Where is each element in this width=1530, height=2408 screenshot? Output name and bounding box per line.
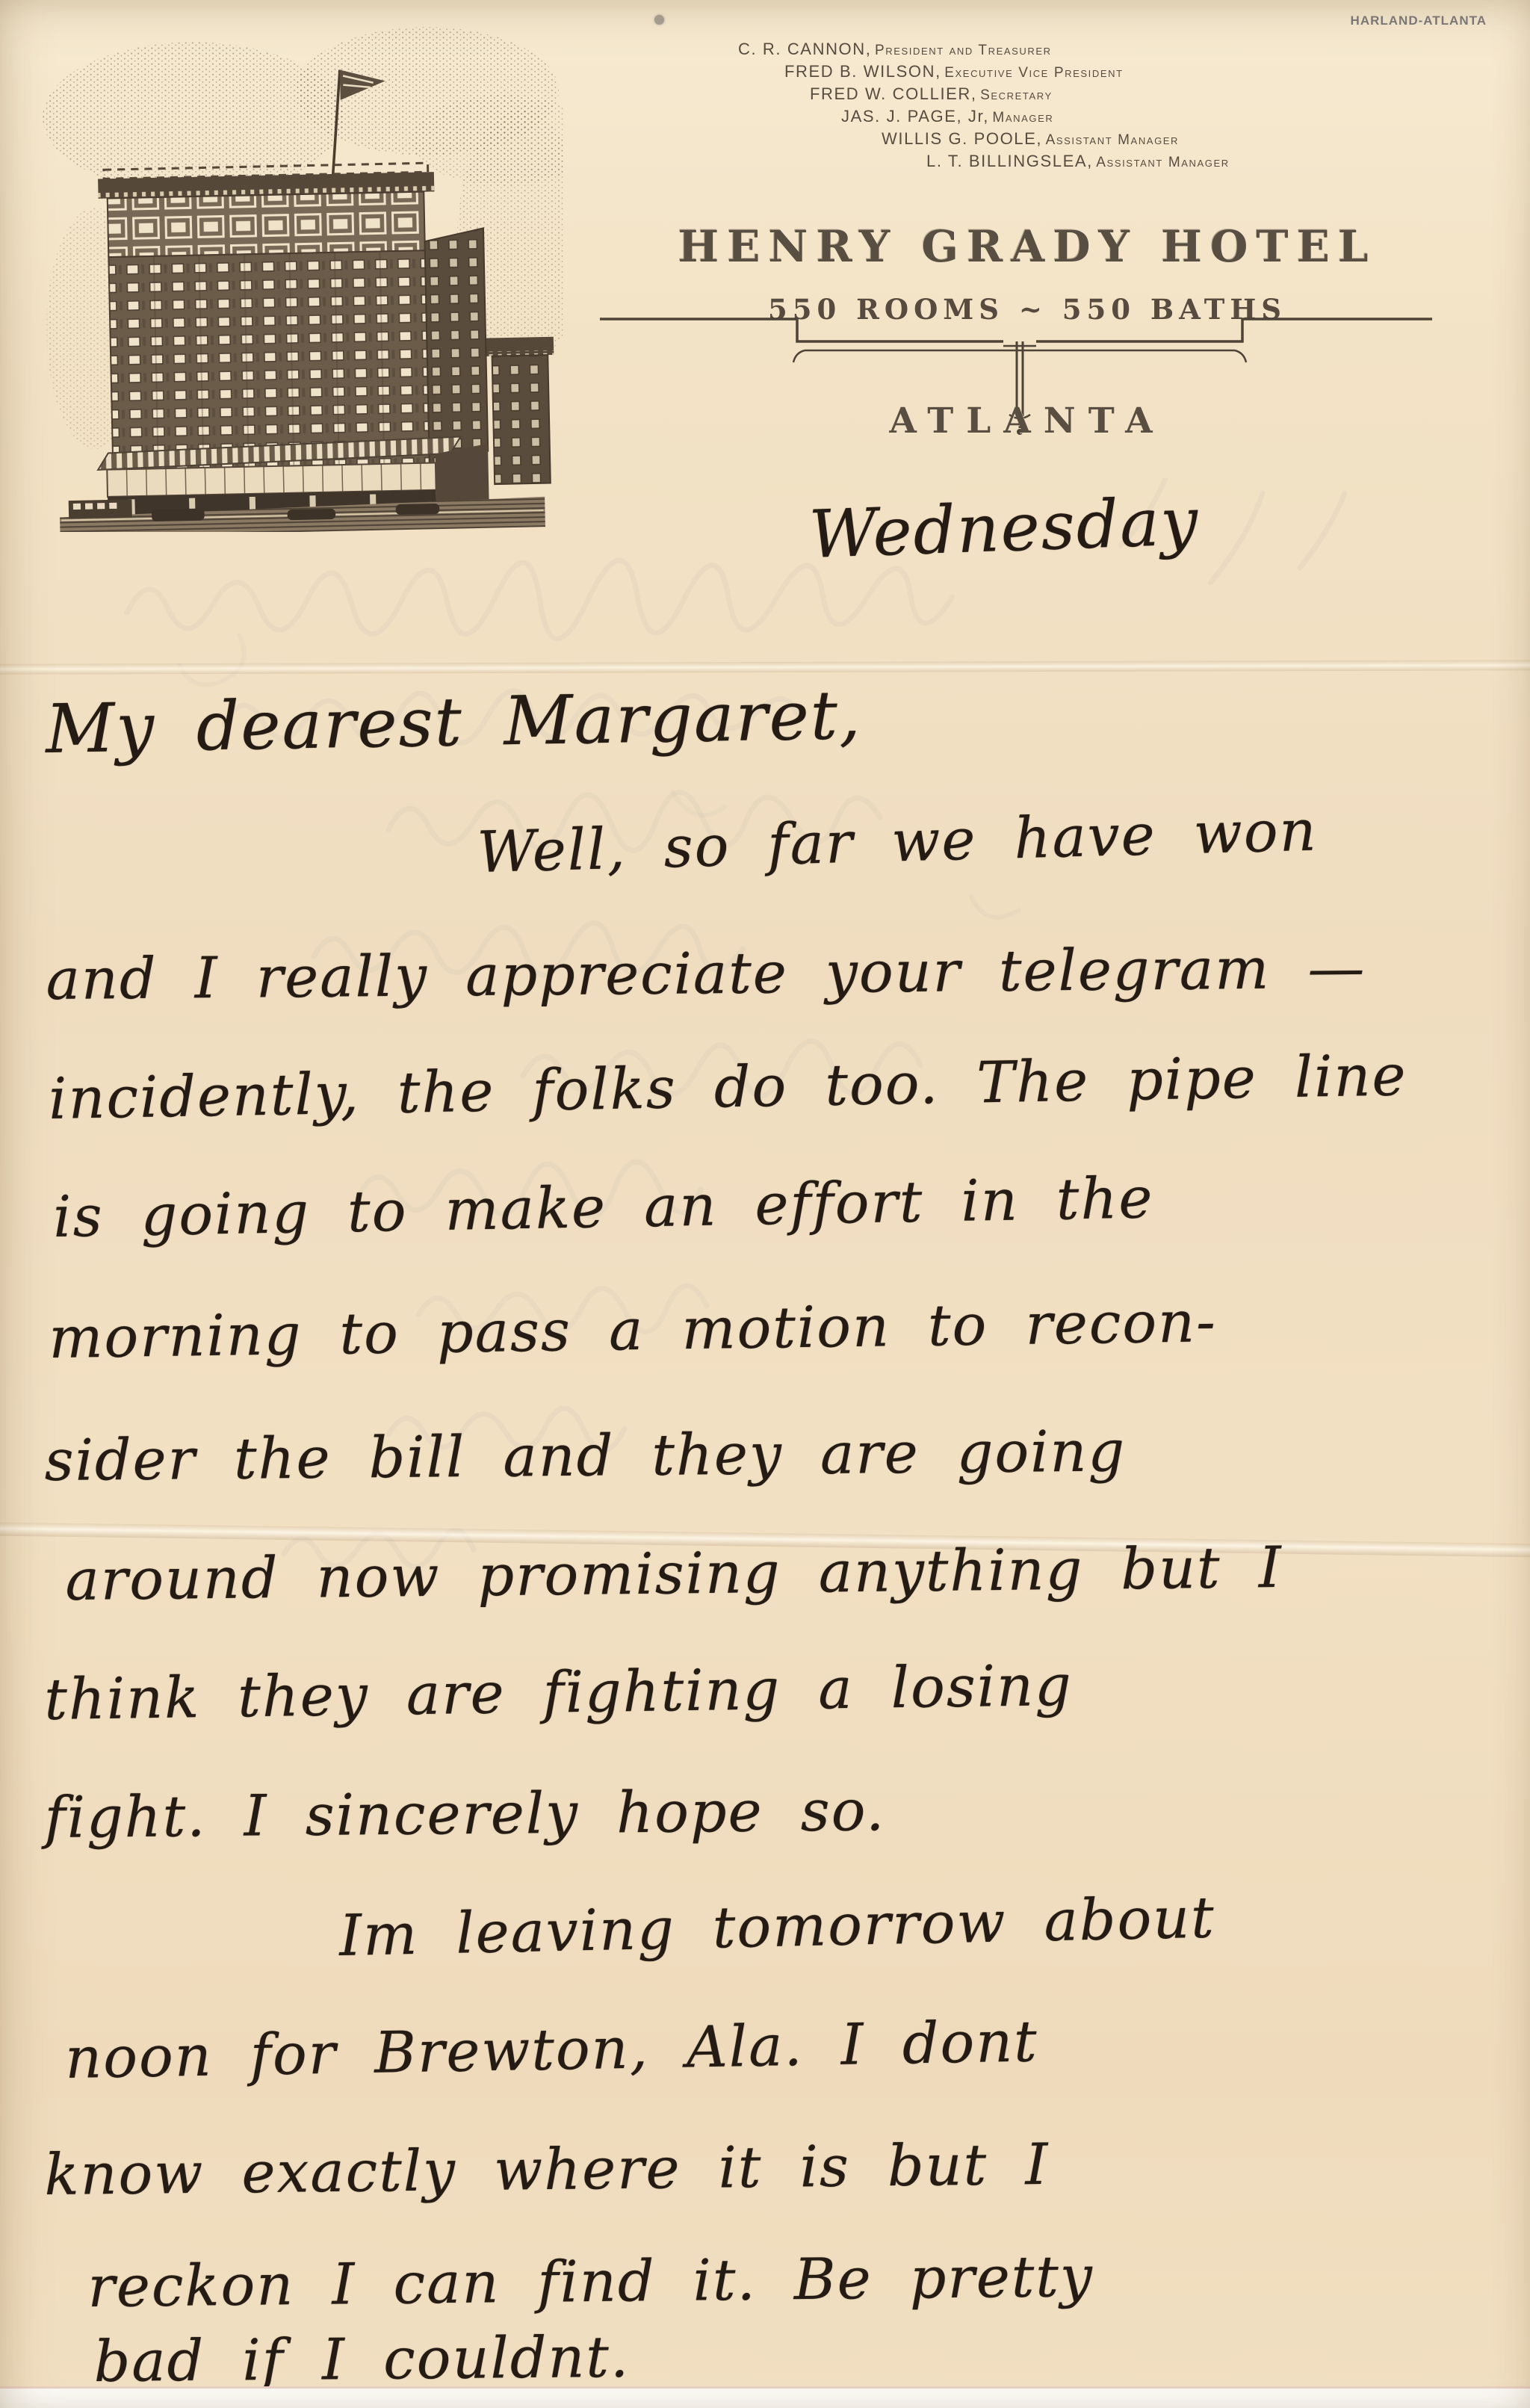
letter-line: noon for Brewton, Ala. I dont	[64, 2008, 1038, 2091]
officer-row: C. R. CANNON, President and Treasurer	[738, 39, 1230, 61]
hotel-name-title: HENRY GRADY HOTEL	[650, 221, 1404, 272]
city-name: ATLANTA	[650, 400, 1404, 442]
officer-list: C. R. CANNON, President and Treasurer FR…	[738, 39, 1230, 173]
letter-line: around now promising anything but I	[65, 1534, 1283, 1613]
officer-name: FRED B. WILSON,	[784, 62, 941, 81]
letter-line: and I really appreciate your telegram —	[46, 935, 1366, 1012]
hotel-building-engraving-illustration	[33, 4, 565, 532]
officer-name: FRED W. COLLIER,	[810, 84, 977, 103]
officer-title: Assistant Manager	[1096, 155, 1229, 170]
officer-title: Manager	[992, 110, 1053, 126]
officer-name: WILLIS G. POOLE,	[882, 129, 1042, 148]
salutation: My dearest Margaret,	[45, 676, 862, 769]
letter-line: reckon I can find it. Be pretty	[87, 2243, 1094, 2320]
officer-name: C. R. CANNON,	[738, 40, 871, 58]
scan-artifact-dot	[654, 15, 664, 25]
letter-line: know exactly where it is but I	[44, 2131, 1050, 2208]
officer-title: President and Treasurer	[875, 43, 1052, 58]
officer-row: WILLIS G. POOLE, Assistant Manager	[882, 129, 1230, 151]
scan-bottom-edge	[0, 2386, 1530, 2408]
officer-row: FRED W. COLLIER, Secretary	[810, 84, 1230, 106]
officer-title: Assistant Manager	[1046, 132, 1179, 148]
letter-line: bad if I couldnt.	[93, 2324, 630, 2395]
officer-title: Executive Vice President	[944, 65, 1123, 81]
officer-name: JAS. J. PAGE, Jr,	[841, 107, 989, 126]
officer-row: L. T. BILLINGSLEA, Assistant Manager	[926, 151, 1230, 173]
printer-credit: HARLAND-ATLANTA	[1351, 13, 1487, 28]
date-line: Wednesday	[808, 483, 1200, 573]
letter-line: sider the bill and they are going	[44, 1417, 1126, 1494]
officer-row: FRED B. WILSON, Executive Vice President	[784, 61, 1230, 84]
officer-title: Secretary	[980, 87, 1053, 103]
officer-name: L. T. BILLINGSLEA,	[926, 152, 1093, 170]
scanned-letter-page: HARLAND-ATLANTA	[0, 0, 1530, 2408]
letter-line: fight. I sincerely hope so.	[44, 1777, 885, 1851]
officer-row: JAS. J. PAGE, Jr, Manager	[841, 106, 1230, 129]
letter-line: Im leaving tomorrow about	[338, 1884, 1215, 1969]
